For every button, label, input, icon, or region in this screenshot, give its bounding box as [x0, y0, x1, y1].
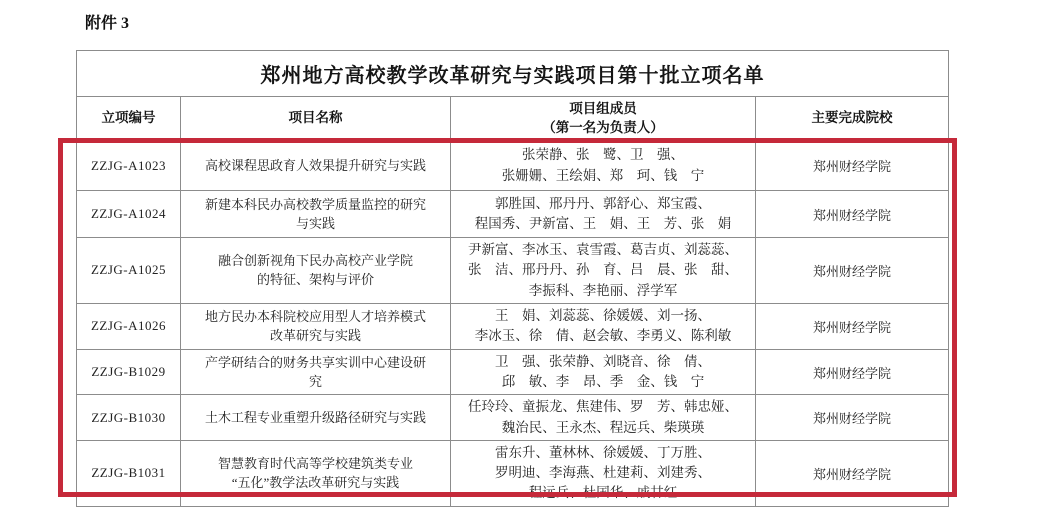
table-row: ZZJG-B1030 土木工程专业重塑升级路径研究与实践 任玲玲、童振龙、焦建伟… [77, 395, 949, 441]
project-name: 智慧教育时代高等学校建筑类专业 “五化”教学法改革研究与实践 [181, 440, 451, 506]
col-header-project-members: 项目组成员 （第一名为负责人） [451, 97, 756, 141]
project-name: 土木工程专业重塑升级路径研究与实践 [181, 395, 451, 441]
project-members: 王 娟、刘蕊蕊、徐媛媛、刘一扬、 李冰玉、徐 倩、赵会敏、李勇义、陈利敏 [451, 303, 756, 349]
col-header-project-id: 立项编号 [77, 97, 181, 141]
project-id: ZZJG-A1023 [77, 141, 181, 191]
project-name: 融合创新视角下民办高校产业学院 的特征、架构与评价 [181, 238, 451, 304]
project-name: 地方民办本科院校应用型人才培养模式 改革研究与实践 [181, 303, 451, 349]
table-row: ZZJG-A1025 融合创新视角下民办高校产业学院 的特征、架构与评价 尹新富… [77, 238, 949, 304]
table-row: ZZJG-B1031 智慧教育时代高等学校建筑类专业 “五化”教学法改革研究与实… [77, 440, 949, 506]
institution: 郑州财经学院 [756, 395, 949, 441]
project-members: 郭胜国、邢丹丹、郭舒心、郑宝霞、 程国秀、尹新富、王 娟、王 芳、张 娟 [451, 191, 756, 238]
project-name: 产学研结合的财务共享实训中心建设研 究 [181, 349, 451, 395]
project-id: ZZJG-B1029 [77, 349, 181, 395]
table-row: ZZJG-A1026 地方民办本科院校应用型人才培养模式 改革研究与实践 王 娟… [77, 303, 949, 349]
table-row: ZZJG-A1024 新建本科民办高校教学质量监控的研究 与实践 郭胜国、邢丹丹… [77, 191, 949, 238]
project-id: ZZJG-A1024 [77, 191, 181, 238]
institution: 郑州财经学院 [756, 349, 949, 395]
document-page: 附件 3 郑州地方高校教学改革研究与实践项目第十批立项名单 立项编号 项目名称 … [0, 0, 1064, 531]
institution: 郑州财经学院 [756, 440, 949, 506]
project-name: 新建本科民办高校教学质量监控的研究 与实践 [181, 191, 451, 238]
project-members: 卫 强、张荣静、刘晓音、徐 倩、 邱 敏、李 昂、季 金、钱 宁 [451, 349, 756, 395]
project-members: 尹新富、李冰玉、袁雪霞、葛吉贞、刘蕊蕊、 张 洁、邢丹丹、孙 育、吕 晨、张 甜… [451, 238, 756, 304]
project-id: ZZJG-A1026 [77, 303, 181, 349]
project-members: 张荣静、张 鹭、卫 强、 张姗姗、王绘娟、郑 珂、钱 宁 [451, 141, 756, 191]
project-id: ZZJG-B1031 [77, 440, 181, 506]
table-title-row: 郑州地方高校教学改革研究与实践项目第十批立项名单 [77, 51, 949, 97]
table-title: 郑州地方高校教学改革研究与实践项目第十批立项名单 [77, 51, 949, 97]
table-row: ZZJG-B1029 产学研结合的财务共享实训中心建设研 究 卫 强、张荣静、刘… [77, 349, 949, 395]
project-id: ZZJG-A1025 [77, 238, 181, 304]
table-header-row: 立项编号 项目名称 项目组成员 （第一名为负责人） 主要完成院校 [77, 97, 949, 141]
attachment-label: 附件 3 [85, 10, 129, 33]
project-members: 任玲玲、童振龙、焦建伟、罗 芳、韩忠娅、 魏治民、王永杰、程远兵、柴瑛瑛 [451, 395, 756, 441]
institution: 郑州财经学院 [756, 191, 949, 238]
project-members: 雷东升、董林林、徐媛媛、丁万胜、 罗明迪、李海燕、杜建莉、刘建秀、 程远兵、杜国… [451, 440, 756, 506]
col-header-institution: 主要完成院校 [756, 97, 949, 141]
project-name: 高校课程思政育人效果提升研究与实践 [181, 141, 451, 191]
institution: 郑州财经学院 [756, 141, 949, 191]
table-row: ZZJG-A1023 高校课程思政育人效果提升研究与实践 张荣静、张 鹭、卫 强… [77, 141, 949, 191]
col-header-project-name: 项目名称 [181, 97, 451, 141]
project-id: ZZJG-B1030 [77, 395, 181, 441]
institution: 郑州财经学院 [756, 303, 949, 349]
project-approval-table: 郑州地方高校教学改革研究与实践项目第十批立项名单 立项编号 项目名称 项目组成员… [76, 50, 949, 507]
institution: 郑州财经学院 [756, 238, 949, 304]
